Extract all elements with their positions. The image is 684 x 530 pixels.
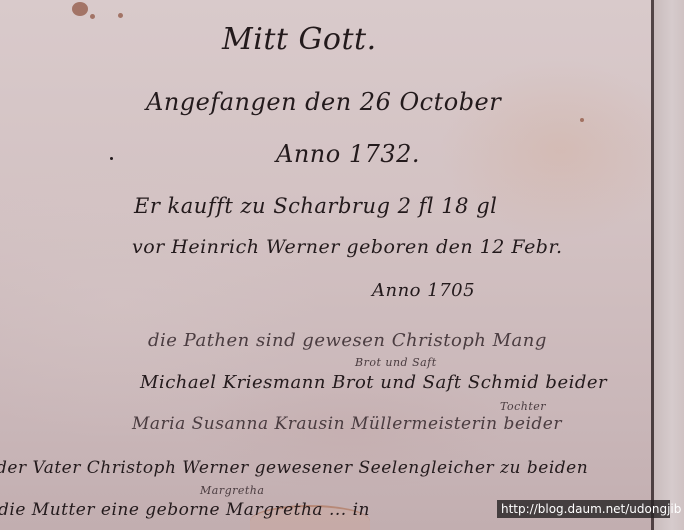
- manuscript-photo: Mitt Gott. Angefangen den 26 October Ann…: [0, 0, 684, 530]
- manuscript-line: Anno 1732.: [276, 140, 420, 168]
- manuscript-line: Maria Susanna Krausin Müllermeisterin be…: [132, 414, 562, 434]
- manuscript-line: Anno 1705: [372, 280, 475, 301]
- ink-stain: [72, 2, 88, 16]
- facing-page-edge: [654, 0, 684, 530]
- manuscript-heading: Mitt Gott.: [222, 22, 377, 57]
- manuscript-line: Michael Kriesmann Brot und Saft Schmid b…: [140, 372, 607, 393]
- manuscript-line: vor Heinrich Werner geboren den 12 Febr.: [132, 236, 563, 258]
- ink-stain: [118, 13, 123, 18]
- ink-dot: [110, 157, 113, 160]
- manuscript-line: die Pathen sind gewesen Christoph Mang: [148, 330, 547, 351]
- ink-stain: [90, 14, 95, 19]
- manuscript-line: Angefangen den 26 October: [146, 88, 501, 116]
- interlinear-note: Tochter: [500, 400, 546, 413]
- interlinear-note: Brot und Saft: [355, 356, 437, 369]
- interlinear-note: Margretha: [200, 484, 264, 497]
- ink-stain: [580, 118, 584, 122]
- manuscript-line: die Mutter eine geborne Margretha ... in: [0, 500, 370, 520]
- manuscript-line: Er kaufft zu Scharbrug 2 fl 18 gl: [134, 194, 497, 218]
- manuscript-page: Mitt Gott. Angefangen den 26 October Ann…: [0, 0, 652, 530]
- watermark-url: http://blog.daum.net/udongjib: [497, 500, 670, 518]
- manuscript-line: der Vater Christoph Werner gewesener See…: [0, 458, 588, 478]
